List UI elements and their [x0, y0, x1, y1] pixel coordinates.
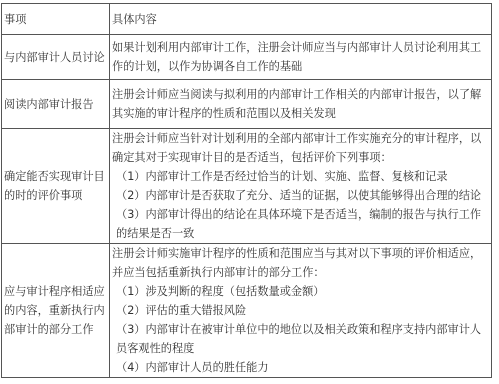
row-item: 与内部审计人员讨论	[2, 35, 110, 80]
content-line: （1）内部审计工作是否经过恰当的计划、实施、监督、复核和记录	[112, 167, 489, 186]
table-row: 应与审计程序相适应的内容，重新执行内部审计的部分工作 注册会计师实施审计程序的性…	[2, 244, 492, 378]
header-item: 事项	[2, 4, 110, 35]
row-content: 注册会计师实施审计程序的性质和范围应当与其对以下事项的评价相适应，并应当包括重新…	[110, 244, 492, 378]
content-line: （2）内部审计是否获取了充分、适当的证据，以使其能够得出合理的结论	[112, 186, 489, 205]
row-item: 确定能否实现审计目的时的评价事项	[2, 129, 110, 244]
table-header-row: 事项 具体内容	[2, 4, 492, 35]
content-line: （3）内部审计在被审计单位中的地位以及相关政策和程序支持内部审计人员客观性的程度	[112, 320, 489, 358]
content-line: （3）内部审计得出的结论在具体环境下是否适当，编制的报告与执行工作的结果是否一致	[112, 205, 489, 243]
content-line: 注册会计师实施审计程序的性质和范围应当与其对以下事项的评价相适应，并应当包括重新…	[112, 244, 489, 282]
content-line: （2）评估的重大错报风险	[112, 301, 489, 320]
row-item: 阅读内部审计报告	[2, 80, 110, 129]
audit-table: 事项 具体内容 与内部审计人员讨论 如果计划利用内部审计工作，注册会计师应当与内…	[1, 3, 492, 378]
table-row: 确定能否实现审计目的时的评价事项 注册会计师应当针对计划利用的全部内部审计工作实…	[2, 129, 492, 244]
header-content: 具体内容	[110, 4, 492, 35]
row-content: 注册会计师应当阅读与拟利用的内部审计工作相关的内部审计报告，以了解其实施的审计程…	[110, 80, 492, 129]
row-content: 注册会计师应当针对计划利用的全部内部审计工作实施充分的审计程序，以确定其对于实现…	[110, 129, 492, 244]
table-row: 阅读内部审计报告 注册会计师应当阅读与拟利用的内部审计工作相关的内部审计报告，以…	[2, 80, 492, 129]
content-line: （4）内部审计人员的胜任能力	[112, 358, 489, 377]
row-item: 应与审计程序相适应的内容，重新执行内部审计的部分工作	[2, 244, 110, 378]
content-line: 注册会计师应当阅读与拟利用的内部审计工作相关的内部审计报告，以了解其实施的审计程…	[112, 85, 489, 123]
table-row: 与内部审计人员讨论 如果计划利用内部审计工作，注册会计师应当与内部审计人员讨论利…	[2, 35, 492, 80]
content-line: 如果计划利用内部审计工作，注册会计师应当与内部审计人员讨论利用其工作的计划，以作…	[112, 38, 489, 76]
content-line: 注册会计师应当针对计划利用的全部内部审计工作实施充分的审计程序，以确定其对于实现…	[112, 129, 489, 167]
content-line: （1）涉及判断的程度（包括数量或金额）	[112, 282, 489, 301]
row-content: 如果计划利用内部审计工作，注册会计师应当与内部审计人员讨论利用其工作的计划，以作…	[110, 35, 492, 80]
